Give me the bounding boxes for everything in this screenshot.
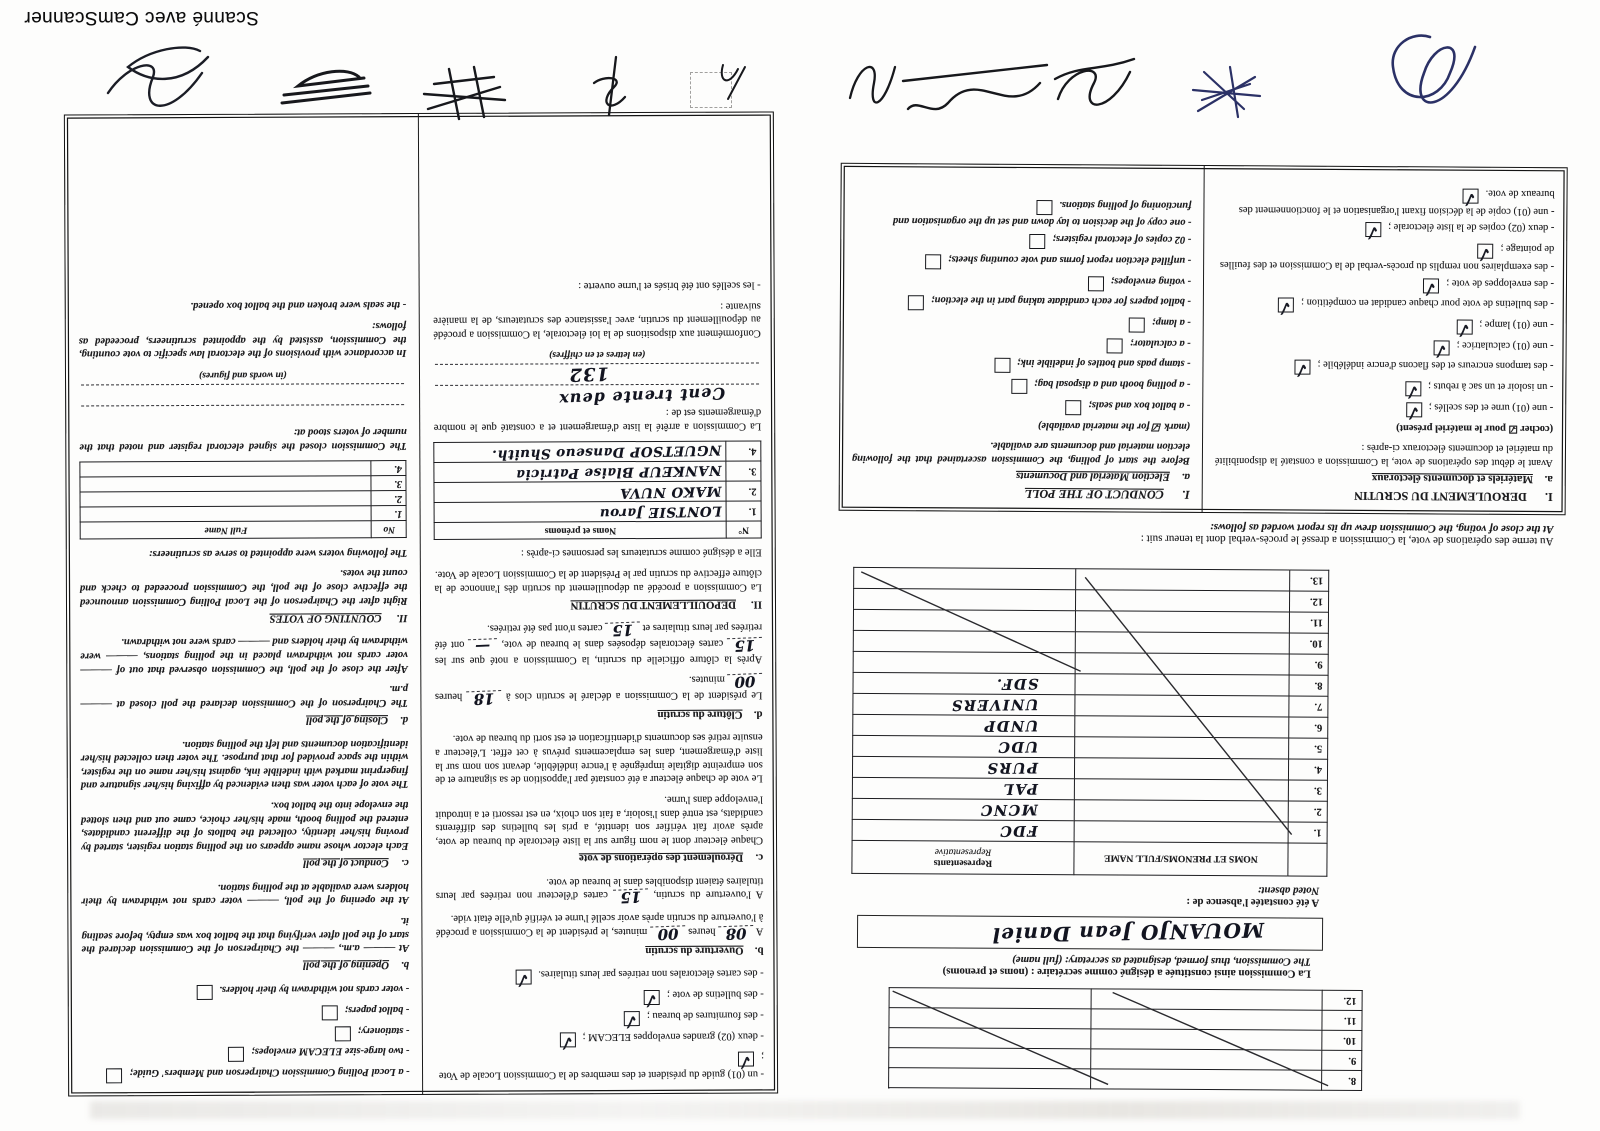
checklist-item: - voter cards not withdrawn by their hol… <box>82 981 410 1000</box>
secretary-name-handwriting: MOUANJO Jean Daniel <box>991 918 1264 947</box>
voting-procedure-en-2: The vote of each voter was then evidence… <box>81 736 409 792</box>
table-row: 13. <box>854 567 1329 591</box>
checklist-item: - une (01) lampe ; <box>1216 315 1554 335</box>
blank-line <box>81 404 405 423</box>
opening-hour-handwriting: 08 <box>718 925 753 940</box>
checklist-item: - une (01) copie de la décision fixant l… <box>1216 184 1554 218</box>
scrutineer-name-handwriting: LONTSIE Jarou <box>599 501 722 521</box>
checkbox-icon <box>1423 278 1439 293</box>
signature-stroke <box>722 65 745 99</box>
checkbox-icon <box>1405 381 1421 396</box>
checklist-item: - stamp pads and bottles of indelible in… <box>852 355 1190 375</box>
checklist-item: - un isoloir et un sac à rebuts ; <box>1215 378 1553 398</box>
section-title-fr: I.DEROULEMENT DU SCRUTIN <box>1215 487 1553 504</box>
table-row: 11. <box>853 609 1328 633</box>
opening-minute-handwriting: 00 <box>650 925 685 940</box>
caption-words-figures-fr: (en lettres et en chiffres) <box>433 347 761 361</box>
scan-noise <box>90 1101 1520 1119</box>
table-row: 2.MCNC <box>852 798 1327 822</box>
closing-cards-en: After the close of the poll, the Commiss… <box>80 634 408 676</box>
checkbox-icon <box>925 254 941 269</box>
table-row: 12. <box>853 588 1328 612</box>
table-row: 8.SDF. <box>853 672 1328 696</box>
checkbox-icon <box>322 1005 338 1020</box>
material-checklist-en: - a ballot box and seals; - a polling bo… <box>852 196 1191 416</box>
section-d-fr: d.Clôture du scrutin <box>435 707 763 722</box>
scanned-election-report: 8. 9. 10. 11. 12. La Commission ainsi co… <box>0 0 1600 1131</box>
opening-cards-en: At the opening of the poll, ——— voter ca… <box>81 879 409 908</box>
section-b-en: b.Opening of the poll <box>82 958 410 973</box>
checkbox-icon <box>1477 244 1493 259</box>
checkbox-icon <box>624 1011 640 1026</box>
signature-stroke <box>850 67 895 103</box>
page-poll-proceedings: - un (01) guide du président et des memb… <box>64 111 778 1096</box>
withdrawn-cards-handwriting: — <box>468 638 498 653</box>
party-handwriting: PURS <box>986 759 1070 777</box>
table-row: 1.LONTSIE Jarou <box>435 501 762 522</box>
table-row: 8. <box>889 1068 1362 1091</box>
party-handwriting: UDC <box>997 738 1070 756</box>
english-column: I.CONDUCT OF THE POLL a.Election Materia… <box>840 164 1204 512</box>
checkbox-icon <box>515 970 531 985</box>
seals-broken-fr: - les scellés ont été brisés et l'urne o… <box>433 278 761 293</box>
checklist-item: - des cartes électorales non retirées pa… <box>436 966 764 985</box>
checkbox-icon <box>1295 360 1311 375</box>
checkbox-icon <box>560 1032 576 1047</box>
scrutineers-table-en: NoFull Name 1. 2. 3. 4. <box>79 460 407 539</box>
checkbox-icon <box>196 985 212 1000</box>
checklist-item: - des enveloppes de vote ; <box>1216 274 1554 294</box>
checklist-item: - des bulletins de vote ; <box>436 987 764 1006</box>
signature-stroke <box>282 71 370 103</box>
absence-note-fr: A été constatée l'absence de : <box>836 894 1319 909</box>
scrutineers-intro-en: The following voters were appointed to s… <box>80 545 408 560</box>
checkbox-icon <box>1463 188 1479 203</box>
closing-paragraph-fr: Le président de la Commission a déclaré … <box>435 672 763 705</box>
material-checklist-fr: - une (01) urne et des scellés ; - un is… <box>1215 184 1554 418</box>
signature-stroke <box>1055 59 1134 105</box>
checkbox-icon <box>1029 234 1045 249</box>
camscanner-watermark: Scanné avec CamScanner <box>24 6 259 28</box>
scrutineer-name-handwriting: NANKEUP Blaise Patricia <box>516 460 722 482</box>
secretary-name-box: MOUANJO Jean Daniel <box>857 915 1323 951</box>
checklist-item: - deux (02) copies de la liste électoral… <box>1216 219 1554 239</box>
register-count-en: The Commission closed the signed elector… <box>79 425 407 454</box>
section-c-en: c.Conduct of the poll <box>81 856 409 871</box>
supplies-checklist-en: - a Local Polling Commission Chairperson… <box>82 981 410 1083</box>
checklist-item: - ballot papers; <box>82 1002 410 1021</box>
checkbox-icon <box>107 1068 123 1083</box>
checkbox-icon <box>1434 340 1450 355</box>
checklist-item: - une (01) calculatrice ; <box>1216 336 1554 356</box>
section-ii-en: II.COUNTING OF VOTES <box>80 611 408 626</box>
scrutineers-intro-fr: Elle a désigné comme scrutateurs les per… <box>434 545 762 560</box>
count-figures-handwriting: 132 <box>568 361 609 386</box>
table-row: 1.FDC <box>852 819 1327 843</box>
checklist-item: - deux (02) grandes enveloppes ELECAM ; <box>436 1028 764 1047</box>
table-row: 7.UNIVERS <box>853 693 1328 717</box>
upside-down-scan: 8. 9. 10. 11. 12. La Commission ainsi co… <box>0 0 1600 1131</box>
blank-line <box>81 383 405 402</box>
scrutineers-table-fr: N°Noms et prénoms 1.LONTSIE Jarou 2.MAKO… <box>434 440 762 539</box>
signature-stroke <box>903 65 1047 109</box>
checkbox-icon <box>738 1052 754 1067</box>
table-row: 6.UNDP <box>853 714 1328 738</box>
voting-procedure-en-1: Each elector whose name appears on the p… <box>81 798 409 854</box>
intro-en: Before the start of polling, the Commiss… <box>852 438 1190 467</box>
table-row: 2.MAKO NUVA <box>434 481 761 502</box>
opening-paragraph-en: At ——— a.m., ——— the Chairperson of the … <box>81 913 409 955</box>
checklist-item: - unfilled election report forms and vot… <box>853 251 1191 271</box>
table-row: 3.NANKEUP Blaise Patricia <box>434 461 761 482</box>
signature-stroke <box>1393 36 1475 103</box>
french-column: - un (01) guide du président et des memb… <box>418 112 777 1094</box>
subsection-title-fr: a.Matériels et documents électoraux <box>1215 471 1553 485</box>
party-handwriting: MCNC <box>979 801 1070 819</box>
mark-note-fr: (cocher ☑ pour le matériel présent) <box>1215 421 1553 435</box>
table-row: 3. <box>80 476 407 492</box>
checklist-item: - un (01) guide du président et des memb… <box>436 1049 764 1082</box>
checkbox-icon <box>1036 200 1052 215</box>
blank-line: Cent trente deux <box>436 384 760 403</box>
closing-cards-fr: Après la clôture officielle du scrutin, … <box>435 620 763 666</box>
checkbox-icon <box>1107 338 1123 353</box>
checkbox-icon <box>1088 276 1104 291</box>
table-row: 10. <box>889 1028 1362 1051</box>
table-row: 3.PAL <box>852 777 1327 801</box>
table-row: 4. <box>80 461 407 477</box>
checklist-item: - stationery; <box>82 1023 410 1042</box>
col-fullname-header: NOMS ET PRENOMS/FULL NAME <box>1074 842 1288 876</box>
checklist-item: - a lamp; <box>853 313 1191 333</box>
register-count-fr: La Commission a arrêté la liste d'émarge… <box>434 405 762 434</box>
checkbox-icon <box>994 358 1010 373</box>
section-c-fr: c.Déroulement des opérations de vote <box>436 850 764 865</box>
counting-intro-fr: La Commission a procédé au dépouillement… <box>434 566 762 595</box>
checkbox-icon <box>1365 222 1381 237</box>
closing-hour-handwriting: 18 <box>466 690 501 705</box>
signature-stroke <box>424 67 505 119</box>
table-row: 12. <box>889 988 1362 1011</box>
checklist-item: - a polling booth and a disposal bag; <box>852 375 1190 395</box>
mark-note-en: (mark ☑ for the material available) <box>852 419 1190 433</box>
conduct-of-poll-box: I.DEROULEMENT DU SCRUTIN a.Matériels et … <box>839 163 1568 515</box>
party-handwriting: UNDP <box>983 717 1071 735</box>
checklist-item: - ballot papers for each candidate takin… <box>853 292 1191 312</box>
checklist-item: - des fournitures de bureau ; <box>436 1008 764 1027</box>
checklist-item: - a ballot box and seals; <box>852 396 1190 416</box>
checklist-item: - des exemplaires non remplis du procès-… <box>1216 239 1554 273</box>
supplies-checklist-fr: - un (01) guide du président et des memb… <box>436 966 764 1082</box>
section-ii-fr: II.DEPOUILLEMENT DU SCRUTIN <box>434 597 762 612</box>
checkbox-icon <box>335 1026 351 1041</box>
voting-procedure-fr-2: Le vote de chaque électeur a été constat… <box>435 730 763 786</box>
table-row: 5.UDC <box>853 735 1328 759</box>
checkbox-icon <box>1129 318 1145 333</box>
checklist-item: - voting envelopes; <box>853 272 1191 292</box>
checklist-item: - two large-size ELECAM envelopes; <box>82 1044 410 1063</box>
page-commission-report: 8. 9. 10. 11. 12. La Commission ainsi co… <box>835 128 1568 1092</box>
checklist-item: - a Local Polling Commission Chairperson… <box>82 1064 410 1083</box>
checkbox-icon <box>908 295 924 310</box>
party-handwriting: SDF. <box>995 675 1070 693</box>
checklist-item: - 02 copies of electoral registers; <box>853 230 1191 250</box>
signature-stroke <box>108 48 208 106</box>
scrutineer-name-handwriting: NGUETSOP Danseuo Shuith. <box>492 440 722 463</box>
opening-cards-fr: A l'ouverture du scrutin, 15 cartes d'él… <box>436 874 764 905</box>
closing-minute-handwriting: 00 <box>727 673 762 688</box>
col-representative-header: RepresentantsRepresentative <box>852 840 1074 874</box>
not-withdrawn-cards-handwriting: 15 <box>605 622 640 637</box>
checklist-item: - a calculator; <box>853 334 1191 354</box>
accordance-fr: Conformément aux dispositions de la loi … <box>433 298 761 340</box>
counting-intro-en: Right after the Chairperson of the Local… <box>80 566 408 608</box>
voting-procedure-fr-1: Chaque électeur dont le nom figure sur l… <box>435 792 763 848</box>
cards-available-handwriting: 15 <box>613 889 648 904</box>
members-table: 8. 9. 10. 11. 12. <box>888 987 1363 1091</box>
checkbox-icon <box>1065 400 1081 415</box>
table-row: 1. <box>80 506 407 522</box>
checkbox-icon <box>1278 298 1294 313</box>
section-b-fr: b.Ouverture du scrutin <box>436 943 764 958</box>
signature-stroke <box>594 57 625 115</box>
table-row: 11. <box>889 1008 1362 1031</box>
checklist-item: - one copy of the decision to lay down a… <box>853 196 1191 230</box>
checkbox-icon <box>644 990 660 1005</box>
subsection-title-en: a.Election Material and Documents <box>852 469 1190 483</box>
party-handwriting: FDC <box>999 822 1070 840</box>
party-handwriting: UNIVERS <box>950 696 1070 714</box>
party-handwriting: PAL <box>1002 780 1070 798</box>
signature-stroke <box>1193 67 1260 117</box>
seals-broken-en: - the seals were broken and the ballot b… <box>79 298 407 313</box>
table-row: 2. <box>80 491 407 507</box>
section-title-en: I.CONDUCT OF THE POLL <box>852 485 1190 502</box>
checklist-item: - une (01) urne et des scellés ; <box>1215 398 1553 418</box>
checklist-item: - des bulletins de vote pour chaque cand… <box>1216 295 1554 315</box>
caption-words-figures-en: (in words and figures) <box>79 367 407 381</box>
english-column: - a Local Polling Commission Chairperson… <box>65 114 423 1096</box>
french-column: I.DEROULEMENT DU SCRUTIN a.Matériels et … <box>1202 166 1567 514</box>
scrutineer-name-handwriting: MAKO NUVA <box>620 481 722 501</box>
checkbox-icon <box>228 1047 244 1062</box>
table-row: 4.PURS <box>852 756 1327 780</box>
table-row: 9. <box>853 651 1328 675</box>
table-row: 9. <box>889 1048 1362 1071</box>
accordance-en: In accordance with provisions of the ele… <box>79 318 407 360</box>
blank-line: 132 <box>435 363 759 382</box>
intro-fr: Avant le début des opérations de vote, l… <box>1215 440 1553 469</box>
table-row: 4.NGUETSOP Danseuo Shuith. <box>434 441 761 462</box>
deposited-cards-handwriting: 15 <box>727 637 762 652</box>
checkbox-icon <box>1456 320 1472 335</box>
checklist-item: - des tampons encreurs et des flacons d'… <box>1215 357 1553 377</box>
closing-paragraph-en: The Chairperson of the Commission declar… <box>80 682 408 711</box>
opening-paragraph-fr: A 08 heures 00 minutes, le président de … <box>436 910 764 941</box>
section-d-en: d.Closing of the poll <box>80 713 408 728</box>
representatives-table: NOMS ET PRENOMS/FULL NAME RepresentantsR… <box>851 567 1329 877</box>
table-row: 10. <box>853 630 1328 654</box>
checkbox-icon <box>1011 379 1027 394</box>
